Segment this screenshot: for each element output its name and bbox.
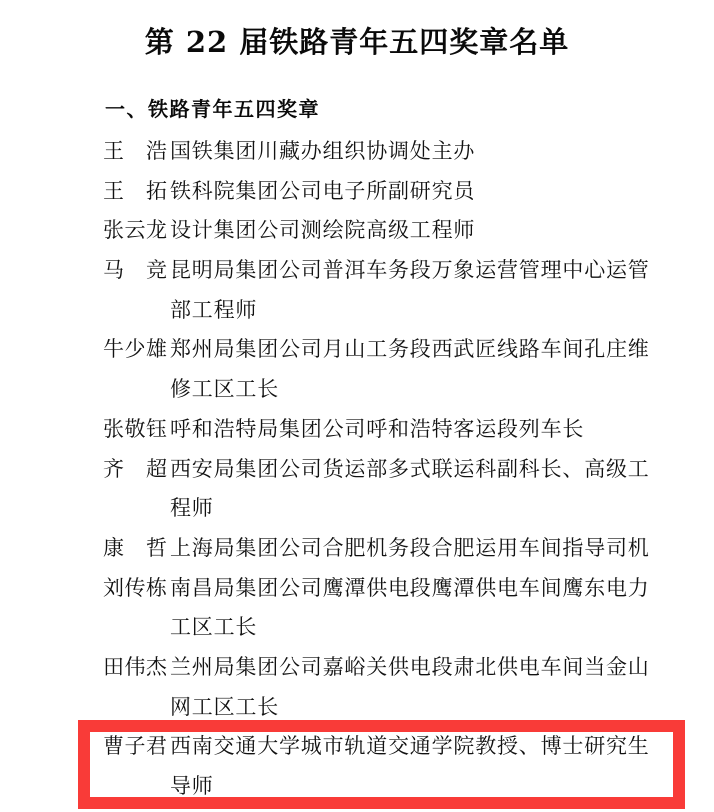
- entry-description-line: 上海局集团公司合肥机务段合肥运用车间指导司机: [170, 529, 650, 569]
- list-item: 曹子君 西南交通大学城市轨道交通学院教授、博士研究生导师: [103, 727, 673, 806]
- entry-description: 西安局集团公司货运部多式联运科副科长、高级工程师: [170, 450, 650, 529]
- list-item: 刘传栋 南昌局集团公司鹰潭供电段鹰潭供电车间鹰东电力工区工长: [103, 569, 673, 648]
- list-item: 康 哲 上海局集团公司合肥机务段合肥运用车间指导司机: [103, 529, 673, 569]
- list-item: 田伟杰 兰州局集团公司嘉峪关供电段肃北供电车间当金山网工区工长: [103, 648, 673, 727]
- entry-description-line: 国铁集团川藏办组织协调处主办: [170, 132, 475, 172]
- entry-name: 张云龙: [103, 211, 167, 251]
- entry-description-line: 西安局集团公司货运部多式联运科副科长、高级工: [170, 450, 650, 490]
- entry-name: 康 哲: [103, 529, 167, 569]
- medal-list: 王 浩 国铁集团川藏办组织协调处主办 王 拓 铁科院集团公司电子所副研究员 张云…: [103, 132, 673, 807]
- list-item: 齐 超 西安局集团公司货运部多式联运科副科长、高级工程师: [103, 450, 673, 529]
- entry-description: 郑州局集团公司月山工务段西武匠线路车间孔庄维修工区工长: [170, 330, 650, 409]
- entry-name: 刘传栋: [103, 569, 167, 609]
- list-item: 牛少雄 郑州局集团公司月山工务段西武匠线路车间孔庄维修工区工长: [103, 330, 673, 409]
- entry-description-line: 导师: [170, 767, 650, 807]
- entry-name: 王 浩: [103, 132, 167, 172]
- entry-description-line: 网工区工长: [170, 688, 650, 728]
- entry-description-line: 程师: [170, 489, 650, 529]
- entry-name: 张敬钰: [103, 410, 167, 450]
- list-item: 张敬钰 呼和浩特局集团公司呼和浩特客运段列车长: [103, 410, 673, 450]
- document-page: 第 22 届铁路青年五四奖章名单 一、铁路青年五四奖章 王 浩 国铁集团川藏办组…: [0, 0, 714, 812]
- section-heading: 一、铁路青年五四奖章: [105, 96, 320, 122]
- entry-description-line: 兰州局集团公司嘉峪关供电段肃北供电车间当金山: [170, 648, 650, 688]
- entry-name: 齐 超: [103, 450, 167, 490]
- entry-description-line: 昆明局集团公司普洱车务段万象运营管理中心运管: [170, 251, 650, 291]
- list-item: 张云龙 设计集团公司测绘院高级工程师: [103, 211, 673, 251]
- entry-description-line: 郑州局集团公司月山工务段西武匠线路车间孔庄维: [170, 330, 650, 370]
- entry-description: 铁科院集团公司电子所副研究员: [170, 172, 475, 212]
- entry-description-line: 西南交通大学城市轨道交通学院教授、博士研究生: [170, 727, 650, 767]
- entry-description: 国铁集团川藏办组织协调处主办: [170, 132, 475, 172]
- entry-description-line: 部工程师: [170, 291, 650, 331]
- entry-description-line: 设计集团公司测绘院高级工程师: [170, 211, 475, 251]
- entry-name: 牛少雄: [103, 330, 167, 370]
- entry-name: 田伟杰: [103, 648, 167, 688]
- list-item: 马 竞 昆明局集团公司普洱车务段万象运营管理中心运管部工程师: [103, 251, 673, 330]
- entry-name: 马 竞: [103, 251, 167, 291]
- list-item: 王 浩 国铁集团川藏办组织协调处主办: [103, 132, 673, 172]
- entry-description: 呼和浩特局集团公司呼和浩特客运段列车长: [170, 410, 584, 450]
- entry-description: 上海局集团公司合肥机务段合肥运用车间指导司机: [170, 529, 650, 569]
- entry-description-line: 呼和浩特局集团公司呼和浩特客运段列车长: [170, 410, 584, 450]
- entry-description: 南昌局集团公司鹰潭供电段鹰潭供电车间鹰东电力工区工长: [170, 569, 650, 648]
- entry-description: 设计集团公司测绘院高级工程师: [170, 211, 475, 251]
- document-title: 第 22 届铁路青年五四奖章名单: [0, 24, 714, 60]
- entry-name: 王 拓: [103, 172, 167, 212]
- entry-description-line: 南昌局集团公司鹰潭供电段鹰潭供电车间鹰东电力: [170, 569, 650, 609]
- list-item: 王 拓 铁科院集团公司电子所副研究员: [103, 172, 673, 212]
- entry-description-line: 修工区工长: [170, 370, 650, 410]
- entry-description-line: 工区工长: [170, 608, 650, 648]
- entry-description: 兰州局集团公司嘉峪关供电段肃北供电车间当金山网工区工长: [170, 648, 650, 727]
- entry-name: 曹子君: [103, 727, 167, 767]
- entry-description: 昆明局集团公司普洱车务段万象运营管理中心运管部工程师: [170, 251, 650, 330]
- entry-description-line: 铁科院集团公司电子所副研究员: [170, 172, 475, 212]
- entry-description: 西南交通大学城市轨道交通学院教授、博士研究生导师: [170, 727, 650, 806]
